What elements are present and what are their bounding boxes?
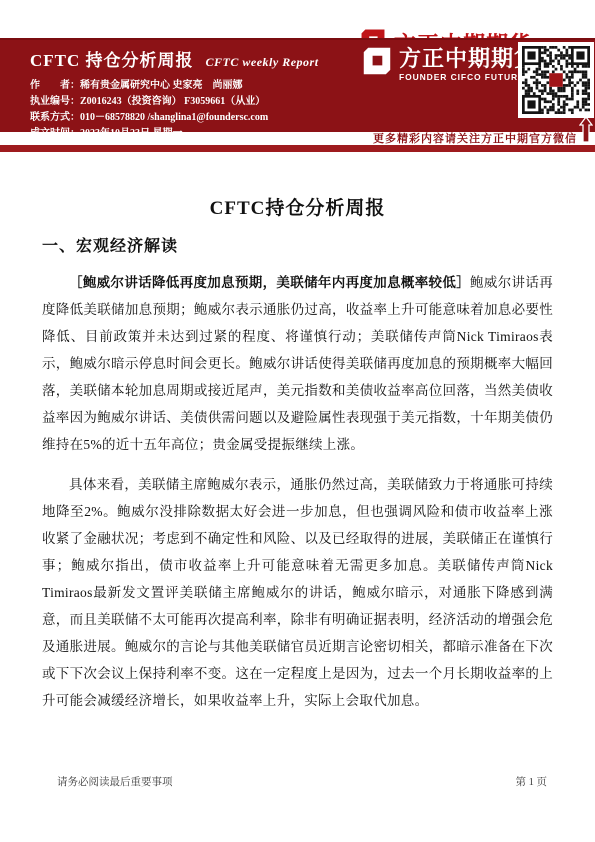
info-label: 作 者： <box>30 80 80 91</box>
paragraph: ［鲍威尔讲话降低再度加息预期，美联储年内再度加息概率较低］鲍威尔讲话再度降低美联… <box>42 269 553 458</box>
report-page: 方正中期期货 CFTC 持仓分析周报 CFTC weekly Report 作 … <box>0 0 595 842</box>
document-body: CFTC持仓分析周报 一、宏观经济解读 ［鲍威尔讲话降低再度加息预期，美联储年内… <box>42 152 553 714</box>
info-label: 执业编号： <box>30 96 80 107</box>
founder-logo-icon <box>362 46 392 82</box>
section-heading: 一、宏观经济解读 <box>42 233 553 256</box>
masthead: CFTC 持仓分析周报 CFTC weekly Report 作 者：稀有贵金属… <box>0 38 595 132</box>
masthead-title-row: CFTC 持仓分析周报 CFTC weekly Report <box>30 46 360 71</box>
contact-row: 联系方式：010－68578820 /shanglina1@foundersc.… <box>30 110 360 126</box>
divider-strip <box>0 145 595 152</box>
document-title: CFTC持仓分析周报 <box>42 193 553 220</box>
info-value: 稀有贵金属研究中心 史家亮 尚丽娜 <box>80 80 243 91</box>
page-number: 第 1 页 <box>516 774 548 789</box>
report-series-title-en: CFTC weekly Report <box>206 55 319 70</box>
brand-name-cn: 方正中期期货 <box>399 46 537 71</box>
wechat-promo-text: 更多精彩内容请关注方正中期官方微信 <box>373 130 577 146</box>
report-series-title: CFTC 持仓分析周报 <box>30 46 194 71</box>
info-label: 联系方式： <box>30 112 80 123</box>
brand-lockup: 方正中期期货 FOUNDER CIFCO FUTURES <box>362 46 537 82</box>
up-arrow-icon <box>579 116 593 148</box>
brand-name-en: FOUNDER CIFCO FUTURES <box>399 72 537 82</box>
paragraph-text: 鲍威尔讲话再度降低美联储加息预期；鲍威尔表示通胀仍过高，收益率上升可能意味着加息… <box>42 275 553 452</box>
author-row: 作 者：稀有贵金属研究中心 史家亮 尚丽娜 <box>30 78 360 94</box>
footer-disclaimer: 请务必阅读最后重要事项 <box>57 774 173 789</box>
paragraph-text: 具体来看，美联储主席鲍威尔表示，通胀仍然过高，美联储致力于将通胀可持续地降至2%… <box>42 477 553 708</box>
license-row: 执业编号：Z0016243（投资咨询） F3059661（从业） <box>30 94 360 110</box>
info-value: 010－68578820 /shanglina1@foundersc.com <box>80 112 268 123</box>
paragraph: 具体来看，美联储主席鲍威尔表示，通胀仍然过高，美联储致力于将通胀可持续地降至2%… <box>42 471 553 714</box>
wechat-row: 更多精彩内容请关注方正中期官方微信 <box>0 132 595 144</box>
info-value: Z0016243（投资咨询） F3059661（从业） <box>80 96 265 107</box>
wechat-qr-code <box>518 42 594 118</box>
paragraph-lead-bold: ［鲍威尔讲话降低再度加息预期，美联储年内再度加息概率较低］ <box>69 275 470 290</box>
brand-text: 方正中期期货 FOUNDER CIFCO FUTURES <box>399 46 537 82</box>
masthead-left: CFTC 持仓分析周报 CFTC weekly Report 作 者：稀有贵金属… <box>30 46 360 142</box>
